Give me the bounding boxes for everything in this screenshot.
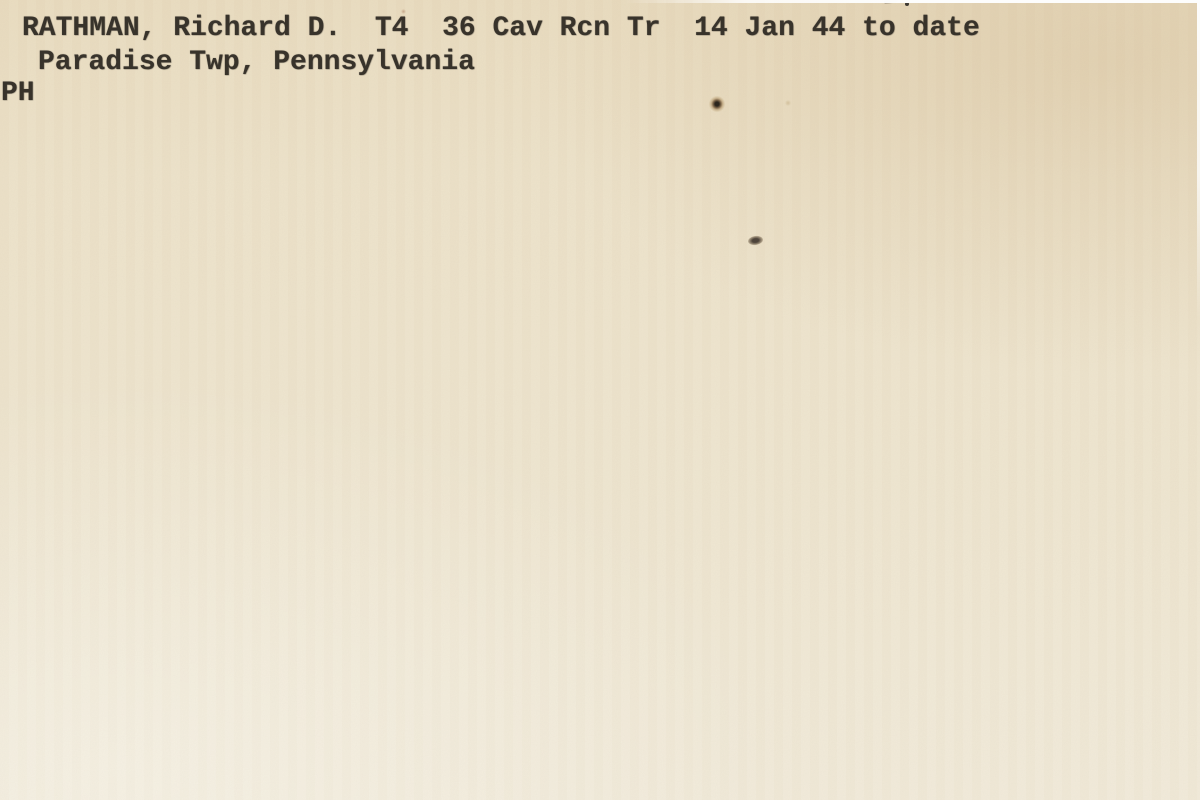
unit-assignment: 36 Cav Rcn Tr	[442, 13, 660, 44]
top-edge-ink-dot	[905, 2, 909, 6]
award-notation: PH	[1, 77, 35, 111]
rank-grade: T4	[375, 13, 409, 44]
ink-speck	[709, 96, 725, 112]
service-dates: 14 Jan 44 to date	[694, 13, 980, 44]
residence-line: Paradise Twp, Pennsylvania	[38, 46, 475, 80]
card-line-1: RATHMAN, Richard D.T436 Cav Rcn Tr14 Jan…	[22, 12, 980, 46]
scan-edge-top	[0, 0, 1200, 3]
ink-smudge	[747, 235, 763, 246]
top-edge-ink-dash	[884, 0, 902, 3]
paper-shading	[0, 0, 1200, 800]
paper-grain-texture	[0, 0, 1200, 800]
scanned-index-card: RATHMAN, Richard D.T436 Cav Rcn Tr14 Jan…	[0, 0, 1200, 800]
faint-speck	[785, 100, 791, 106]
soldier-name: RATHMAN, Richard D.	[22, 13, 341, 44]
